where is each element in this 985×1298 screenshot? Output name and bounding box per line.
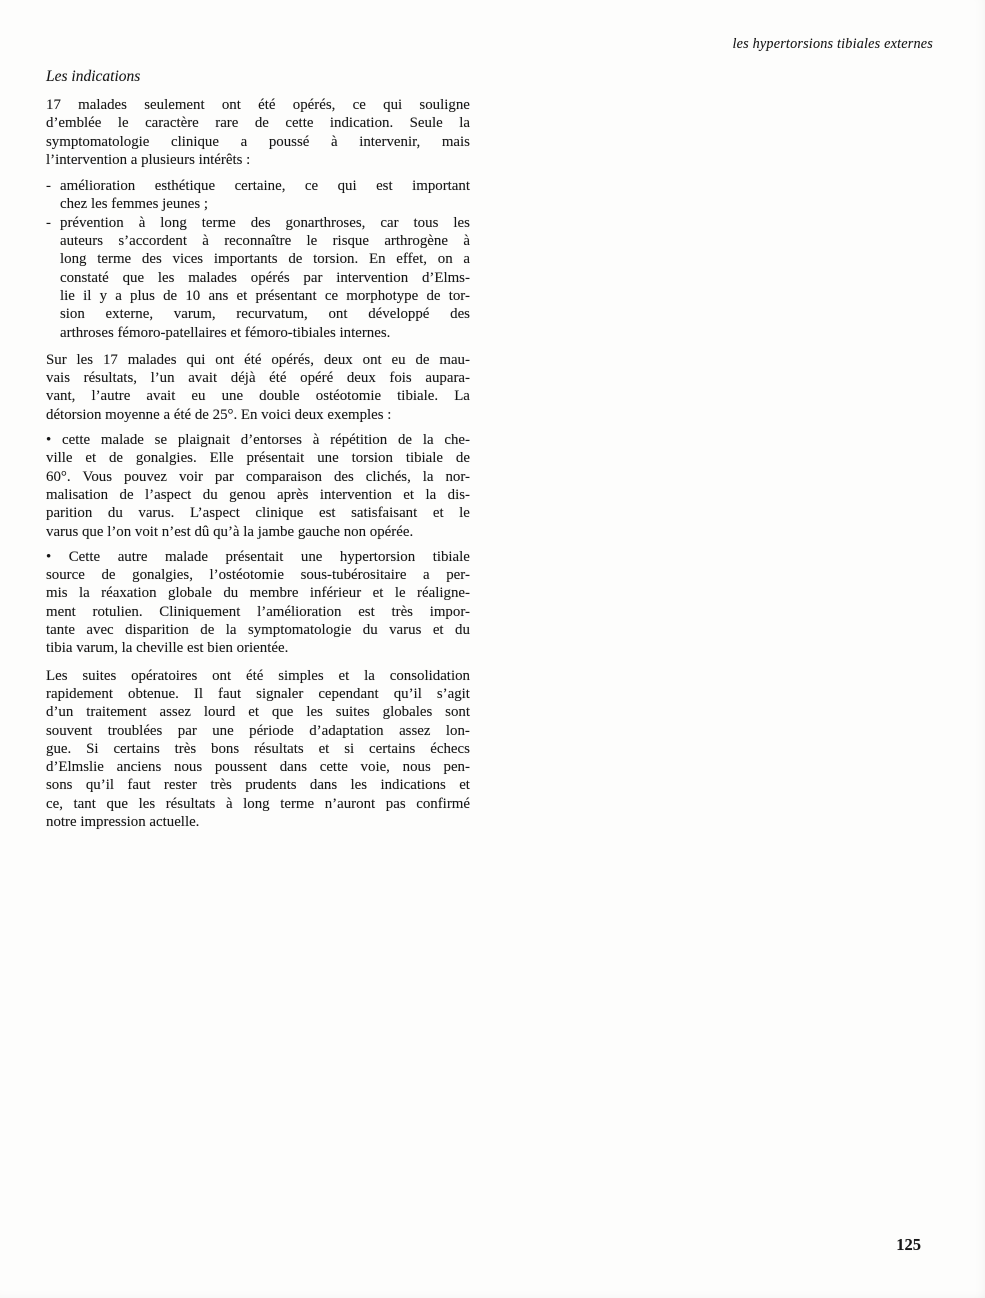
text-line: d’untraitementassezlourdetquelessuitesgl… bbox=[46, 703, 470, 721]
bullet-marker: - bbox=[46, 214, 51, 232]
text-line: ce,tantquelesrésultatsàlongtermen’auront… bbox=[46, 795, 470, 813]
text-line: rapidementobtenue.Ilfautsignalercependan… bbox=[46, 685, 470, 703]
text-line: mentrotulien.Cliniquementl’amélioratione… bbox=[46, 603, 470, 621]
text-line: sonsqu’ilfautrestertrèsprudentsdanslesin… bbox=[46, 776, 470, 794]
page-number: 125 bbox=[896, 1235, 921, 1255]
text-line: l’intervention a plusieurs intérêts : bbox=[46, 151, 470, 169]
text-line: auteurss’accordentàreconnaîtrelerisquear… bbox=[60, 232, 470, 250]
list-item: -améliorationesthétiquecertaine,cequiest… bbox=[46, 177, 470, 214]
text-line: •cettemaladeseplaignaitd’entorsesàrépéti… bbox=[46, 431, 470, 449]
text-line: chez les femmes jeunes ; bbox=[60, 195, 470, 213]
text-line: malisationdel’aspectdugenouaprèsinterven… bbox=[46, 486, 470, 504]
text-line: lieilyaplusde10ansetprésentantcemorphoty… bbox=[60, 287, 470, 305]
list-item: •cettemaladeseplaignaitd’entorsesàrépéti… bbox=[46, 431, 470, 541]
text-line: sionexterne,varum,recurvatum,ontdévelopp… bbox=[60, 305, 470, 323]
text-line: varus que l’on voit n’est dû qu’à la jam… bbox=[46, 523, 470, 541]
text-line: vant,l’autreavaiteuunedoubleostéotomieti… bbox=[46, 387, 470, 405]
text-line: Lessuitesopératoiresontétésimplesetlacon… bbox=[46, 667, 470, 685]
list-item: -préventionàlongtermedesgonarthroses,car… bbox=[46, 214, 470, 342]
text-line: villeetdegonalgies.Elleprésentaitunetors… bbox=[46, 449, 470, 467]
text-line: améliorationesthétiquecertaine,cequiesti… bbox=[60, 177, 470, 195]
document-page: les hypertorsions tibiales externes Les … bbox=[0, 0, 985, 1298]
text-line: préventionàlongtermedesgonarthroses,cart… bbox=[60, 214, 470, 232]
text-line: tibia varum, la cheville est bien orient… bbox=[46, 639, 470, 657]
text-line: notre impression actuelle. bbox=[46, 813, 470, 831]
body-text: 17maladesseulementontétéopérés,cequisoul… bbox=[46, 96, 470, 831]
text-line: constatéquelesmaladesopérésparinterventi… bbox=[60, 269, 470, 287]
paragraph: 17maladesseulementontétéopérés,cequisoul… bbox=[46, 96, 470, 169]
bullet-marker: - bbox=[46, 177, 51, 195]
text-line: mislaréaxationglobaledumembreinférieuret… bbox=[46, 584, 470, 602]
running-header: les hypertorsions tibiales externes bbox=[733, 36, 933, 53]
paragraph: Surles17maladesquiontétéopérés,deuxonteu… bbox=[46, 351, 470, 424]
text-line: 60°.Vouspouvezvoirparcomparaisondesclich… bbox=[46, 468, 470, 486]
text-line: d’Elmslieanciensnouspoussentdanscettevoi… bbox=[46, 758, 470, 776]
text-line: symptomatologiecliniqueapousséàinterveni… bbox=[46, 133, 470, 151]
section-title: Les indications bbox=[46, 68, 470, 86]
text-line: gue.Sicertainstrèsbonsrésultatsetsicerta… bbox=[46, 740, 470, 758]
list-item: •Cetteautremaladeprésentaitunehypertorsi… bbox=[46, 548, 470, 658]
text-line: d’embléelecaractèreraredecetteindication… bbox=[46, 114, 470, 132]
text-column: Les indications 17maladesseulementontété… bbox=[46, 68, 470, 831]
text-line: 17maladesseulementontétéopérés,cequisoul… bbox=[46, 96, 470, 114]
text-line: Surles17maladesquiontétéopérés,deuxonteu… bbox=[46, 351, 470, 369]
text-line: •Cetteautremaladeprésentaitunehypertorsi… bbox=[46, 548, 470, 566]
text-line: vaisrésultats,l’unavaitdéjàétéopérédeuxf… bbox=[46, 369, 470, 387]
text-line: détorsion moyenne a été de 25°. En voici… bbox=[46, 406, 470, 424]
text-line: sourcedegonalgies,l’ostéotomiesous-tubér… bbox=[46, 566, 470, 584]
paragraph: Lessuitesopératoiresontétésimplesetlacon… bbox=[46, 667, 470, 832]
text-line: arthroses fémoro-patellaires et fémoro-t… bbox=[60, 324, 470, 342]
text-line: souventtroubléesparunepérioded’adaptatio… bbox=[46, 722, 470, 740]
text-line: longtermedesvicesimportantsdetorsion.Ene… bbox=[60, 250, 470, 268]
text-line: tanteavecdisparitiondelasymptomatologied… bbox=[46, 621, 470, 639]
text-line: paritionduvarus.L’aspectcliniqueestsatis… bbox=[46, 504, 470, 522]
